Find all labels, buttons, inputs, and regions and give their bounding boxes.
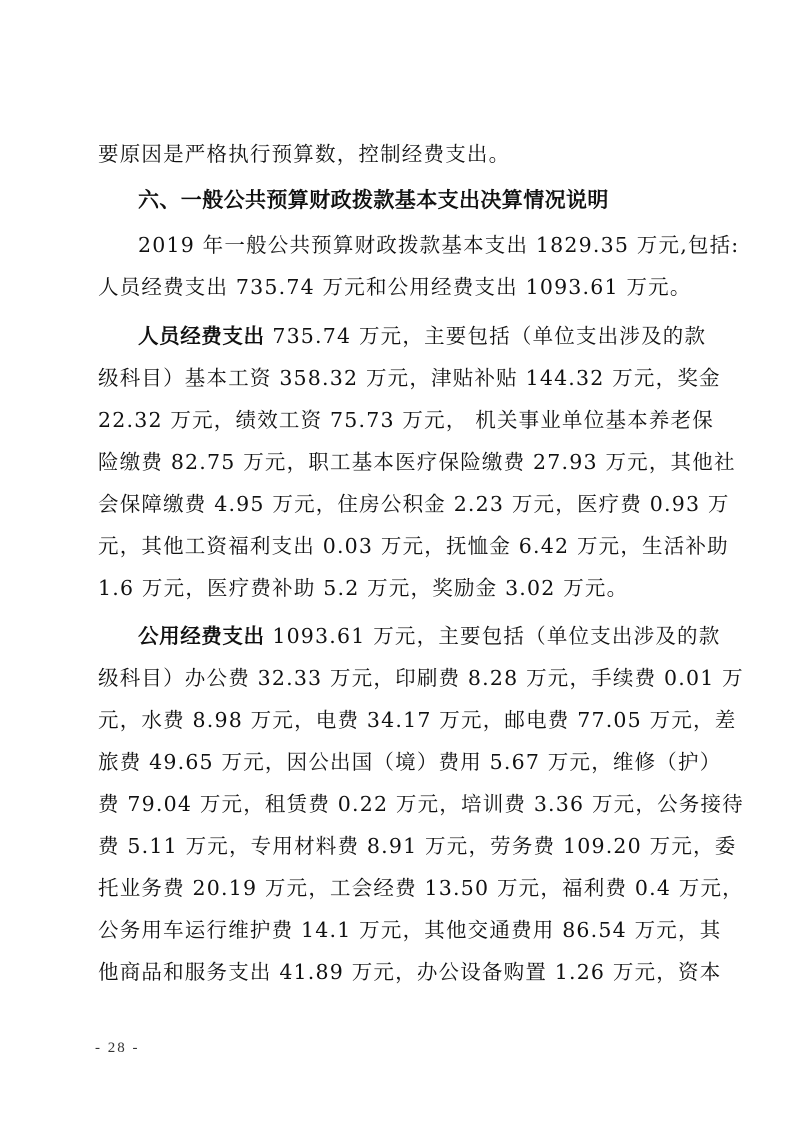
personnel-line: 1.6 万元，医疗费补助 5.2 万元，奖励金 3.02 万元。 — [98, 574, 698, 602]
public-line: 他商品和服务支出 41.89 万元，办公设备购置 1.26 万元，资本 — [98, 958, 698, 986]
document-page: 要原因是严格执行预算数，控制经费支出。 六、一般公共预算财政拨款基本支出决算情况… — [0, 0, 793, 1122]
personnel-line: 会保障缴费 4.95 万元，住房公积金 2.23 万元，医疗费 0.93 万 — [98, 490, 698, 518]
personnel-line: 级科目）基本工资 358.32 万元，津贴补贴 144.32 万元，奖金 — [98, 364, 698, 392]
summary-line-2: 人员经费支出 735.74 万元和公用经费支出 1093.61 万元。 — [98, 273, 698, 301]
public-line: 旅费 49.65 万元，因公出国（境）费用 5.67 万元，维修（护） — [98, 748, 698, 776]
personnel-expense-label: 人员经费支出 — [138, 324, 265, 348]
summary-line-1: 2019 年一般公共预算财政拨款基本支出 1829.35 万元,包括: — [138, 231, 698, 259]
public-text: 1093.61 万元，主要包括（单位支出涉及的款 — [265, 624, 721, 648]
personnel-line: 元，其他工资福利支出 0.03 万元，抚恤金 6.42 万元，生活补助 — [98, 532, 698, 560]
personnel-line: 22.32 万元，绩效工资 75.73 万元， 机关事业单位基本养老保 — [98, 406, 698, 434]
public-expense-label: 公用经费支出 — [138, 624, 265, 648]
public-paragraph-first-line: 公用经费支出 1093.61 万元，主要包括（单位支出涉及的款 — [138, 622, 698, 650]
public-line: 元，水费 8.98 万元，电费 34.17 万元，邮电费 77.05 万元，差 — [98, 706, 698, 734]
page-number: - 28 - — [95, 1038, 140, 1058]
paragraph-continuation: 要原因是严格执行预算数，控制经费支出。 — [98, 140, 698, 168]
public-line: 公务用车运行维护费 14.1 万元，其他交通费用 86.54 万元，其 — [98, 916, 698, 944]
public-line: 级科目）办公费 32.33 万元，印刷费 8.28 万元，手续费 0.01 万 — [98, 664, 698, 692]
public-line: 费 5.11 万元，专用材料费 8.91 万元，劳务费 109.20 万元，委 — [98, 832, 698, 860]
personnel-paragraph-first-line: 人员经费支出 735.74 万元，主要包括（单位支出涉及的款 — [138, 322, 698, 350]
section-heading: 六、一般公共预算财政拨款基本支出决算情况说明 — [138, 186, 609, 214]
public-line: 托业务费 20.19 万元，工会经费 13.50 万元，福利费 0.4 万元， — [98, 874, 698, 902]
personnel-line: 险缴费 82.75 万元，职工基本医疗保险缴费 27.93 万元，其他社 — [98, 448, 698, 476]
personnel-text: 735.74 万元，主要包括（单位支出涉及的款 — [265, 324, 707, 348]
public-line: 费 79.04 万元，租赁费 0.22 万元，培训费 3.36 万元，公务接待 — [98, 790, 698, 818]
